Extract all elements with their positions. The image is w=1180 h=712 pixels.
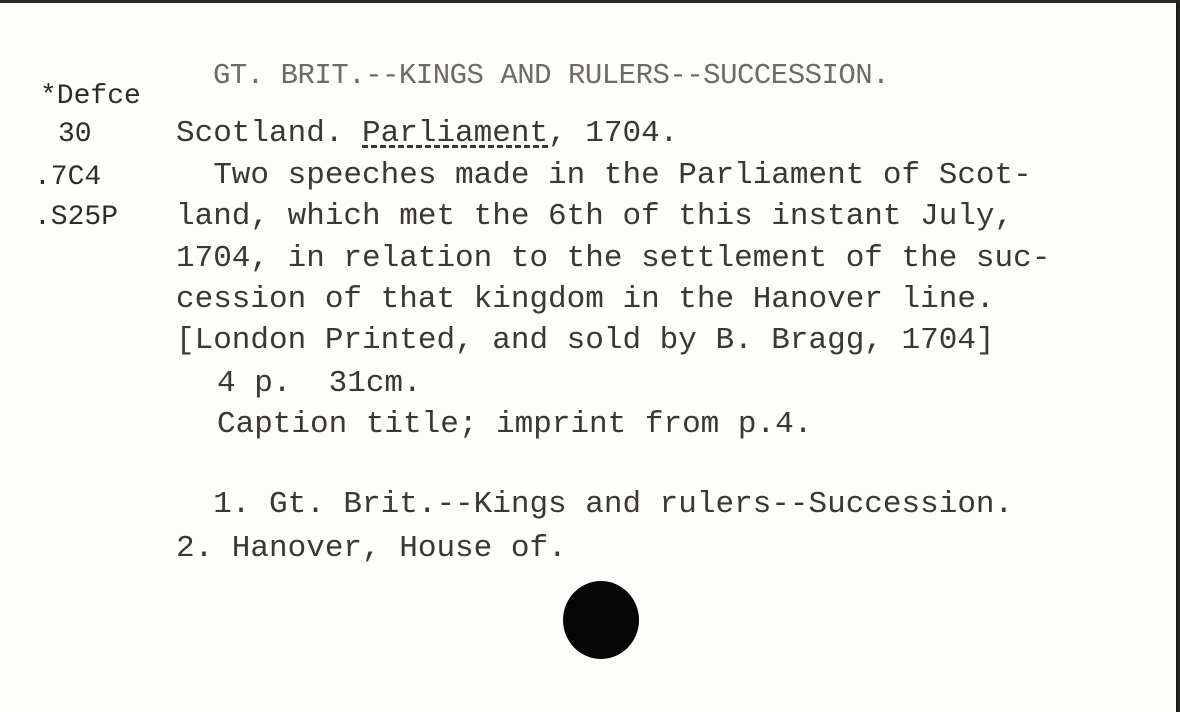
call-number-line-2: 30 <box>58 121 92 149</box>
author-prefix: Scotland. <box>176 116 362 151</box>
collation: 4 p. 31cm. <box>217 368 422 399</box>
catalog-card: *Defce 30 .7C4 .S25P GT. BRIT.--KINGS AN… <box>0 3 1178 712</box>
body-line: Two speeches made in the Parliament of S… <box>176 160 1032 191</box>
body-line: land, which met the 6th of this instant … <box>176 201 1013 232</box>
note: Caption title; imprint from p.4. <box>217 409 812 440</box>
main-entry: Scotland. Parliament, 1704. <box>176 118 678 149</box>
author-suffix: , 1704. <box>548 116 678 151</box>
call-number-line-1: *Defce <box>40 83 141 111</box>
call-number-line-4: .S25P <box>34 204 118 232</box>
tracing-1: 1. Gt. Brit.--Kings and rulers--Successi… <box>176 489 1013 520</box>
subject-heading: GT. BRIT.--KINGS AND RULERS--SUCCESSION. <box>213 61 889 90</box>
body-line: 1704, in relation to the settlement of t… <box>176 243 1050 274</box>
imprint-line: [London Printed, and sold by B. Bragg, 1… <box>176 325 995 356</box>
author-underlined: Parliament <box>362 116 548 151</box>
call-number-line-3: .7C4 <box>34 164 101 192</box>
punch-hole <box>563 581 639 659</box>
tracing-2: 2. Hanover, House of. <box>176 533 567 564</box>
body-line: cession of that kingdom in the Hanover l… <box>176 284 995 315</box>
